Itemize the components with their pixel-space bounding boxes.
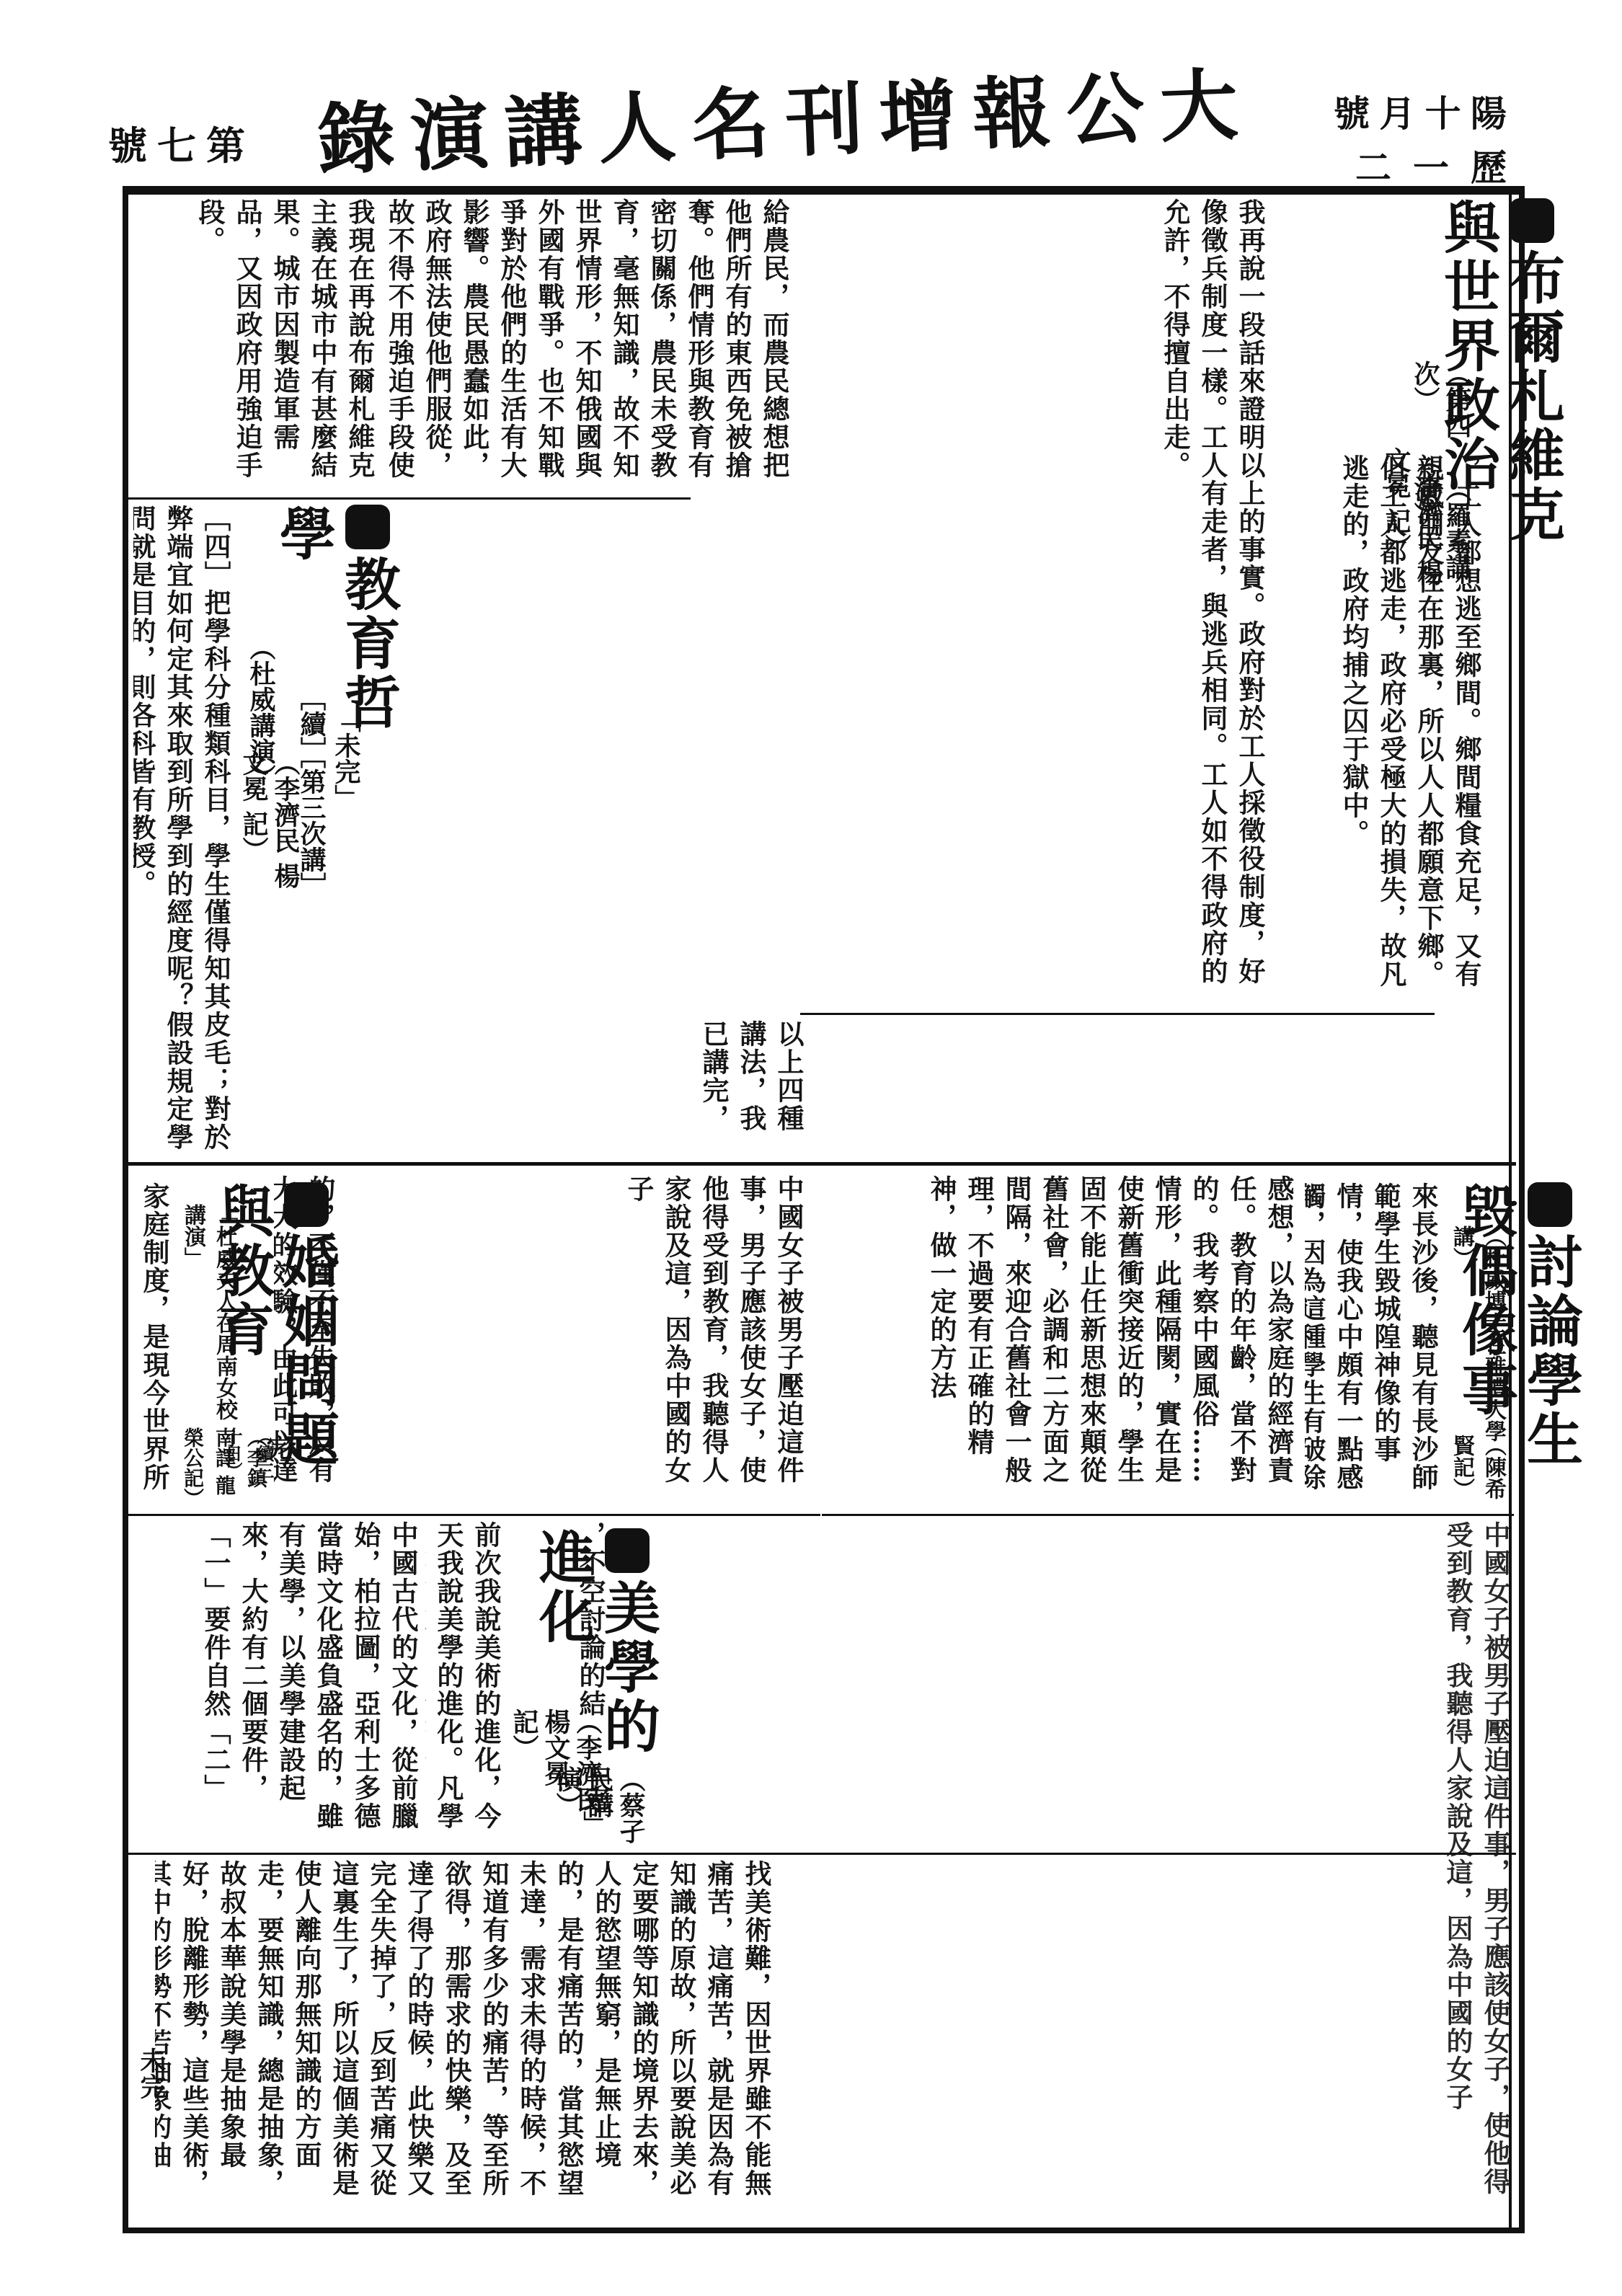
article-body: 前次我說美術的進化，今天我說美學的進化。凡學問要知道不自什麼學問，總是先有術後有… (425, 1521, 505, 1845)
article-body: 來長沙後，聽見有長沙師範學生毀城隍神像的事情，使我心中頗有一點感觸，因為這種學生… (1305, 1182, 1442, 1507)
article-body: 感想，以為家庭的經濟責任。教育的年齡，當不對的。我考察中國風俗……情形，此種隔閡… (822, 1175, 1298, 1507)
bullet-icon (284, 1182, 329, 1227)
recorders: （李鎮南譯 龍榮公記） (177, 1427, 272, 1507)
newspaper-title: 大公報增刊名人講演錄 (316, 58, 1256, 187)
article-body: 我再說一段話來證明以上的事實。政府對於工人採徵役制度，好像徵兵制度一樣。工人有走… (822, 198, 1269, 1006)
article-body: ，工人都想逃至鄉間。鄉間糧食充足，又有親戚朋友住在那裏，所以人人都願意下鄉。但工… (1290, 454, 1485, 1002)
to-be-continued-mark: 未完 (133, 2047, 170, 2105)
article-body: 我現在再說布爾札維克主義在城市中有甚麼結果。城市因製造軍需品，又因政府用強迫手段… (133, 198, 378, 487)
date-row-top: 陽 十 月 號 (1334, 87, 1507, 141)
article-body: 中國古代的文化，從前臘始，柏拉圖，亞利士多德當時文化盛負盛名的，雖有美學，以美學… (133, 1521, 422, 1845)
article-body: 找美術難，因世界雖不能無痛苦，這痛苦，就是因為有知識的原故，所以要說美必定要哪等… (155, 1860, 775, 2220)
bullet-icon (1528, 1182, 1572, 1227)
to-be-continued-mark: 「未完」 (328, 706, 365, 800)
article-body: 中國女子被男子壓迫這件事，男子應該使女子，使他得受到教育，我聽得人家說及這，因為… (346, 1175, 807, 1507)
bullet-icon (345, 505, 390, 549)
section-divider (128, 1162, 1516, 1166)
issue-number: 第七號 (108, 115, 255, 171)
recorders: （李濟民 楊文冕 記） (238, 750, 301, 894)
article-body: ［四］把學科分種類科目，學生僅得知其皮毛；對於弊端宜如何定其來取到所學到的經度呢… (133, 505, 234, 1153)
lecturer: 「杜威夫人在周南女校講演」 (177, 1204, 240, 1420)
column-rule (822, 1514, 1514, 1516)
column-rule (128, 1514, 820, 1516)
article-body: 以上四種講法，我已講完，現我再講一點學生未入校以前，已有成就，從改良的人之指導，… (692, 1020, 807, 1157)
column-rule (128, 497, 691, 500)
article-body: 給農民，而農民總想把他們所有的東西免被搶奪。他們情形與教育有密切關係，農民未受教… (389, 198, 793, 487)
recorders: （李濟民 楊文冕 記） (508, 1708, 603, 1817)
article-body: 家庭制度，是現今世界所公認的。不過中國 (133, 1182, 173, 1507)
masthead: 第七號 大公報增刊名人講演錄 陽 十 月 號 歷 一 二 (108, 87, 1521, 195)
bullet-icon (605, 1528, 650, 1573)
lecturer: （杜威博士在雅禮大學講） (1445, 1225, 1509, 1442)
column-rule (800, 1013, 1435, 1015)
bullet-icon (1510, 198, 1554, 243)
cont-label: ［續］ (296, 685, 327, 743)
article-body: 中國女子被男子壓迫這件事，男子應該使女子，使他得受到教育，我聽得人家說及這，因為… (822, 1521, 1514, 2213)
recorders: （陳希賢記） (1445, 1435, 1509, 1514)
issue-date: 陽 十 月 號 歷 一 二 (1334, 87, 1507, 195)
